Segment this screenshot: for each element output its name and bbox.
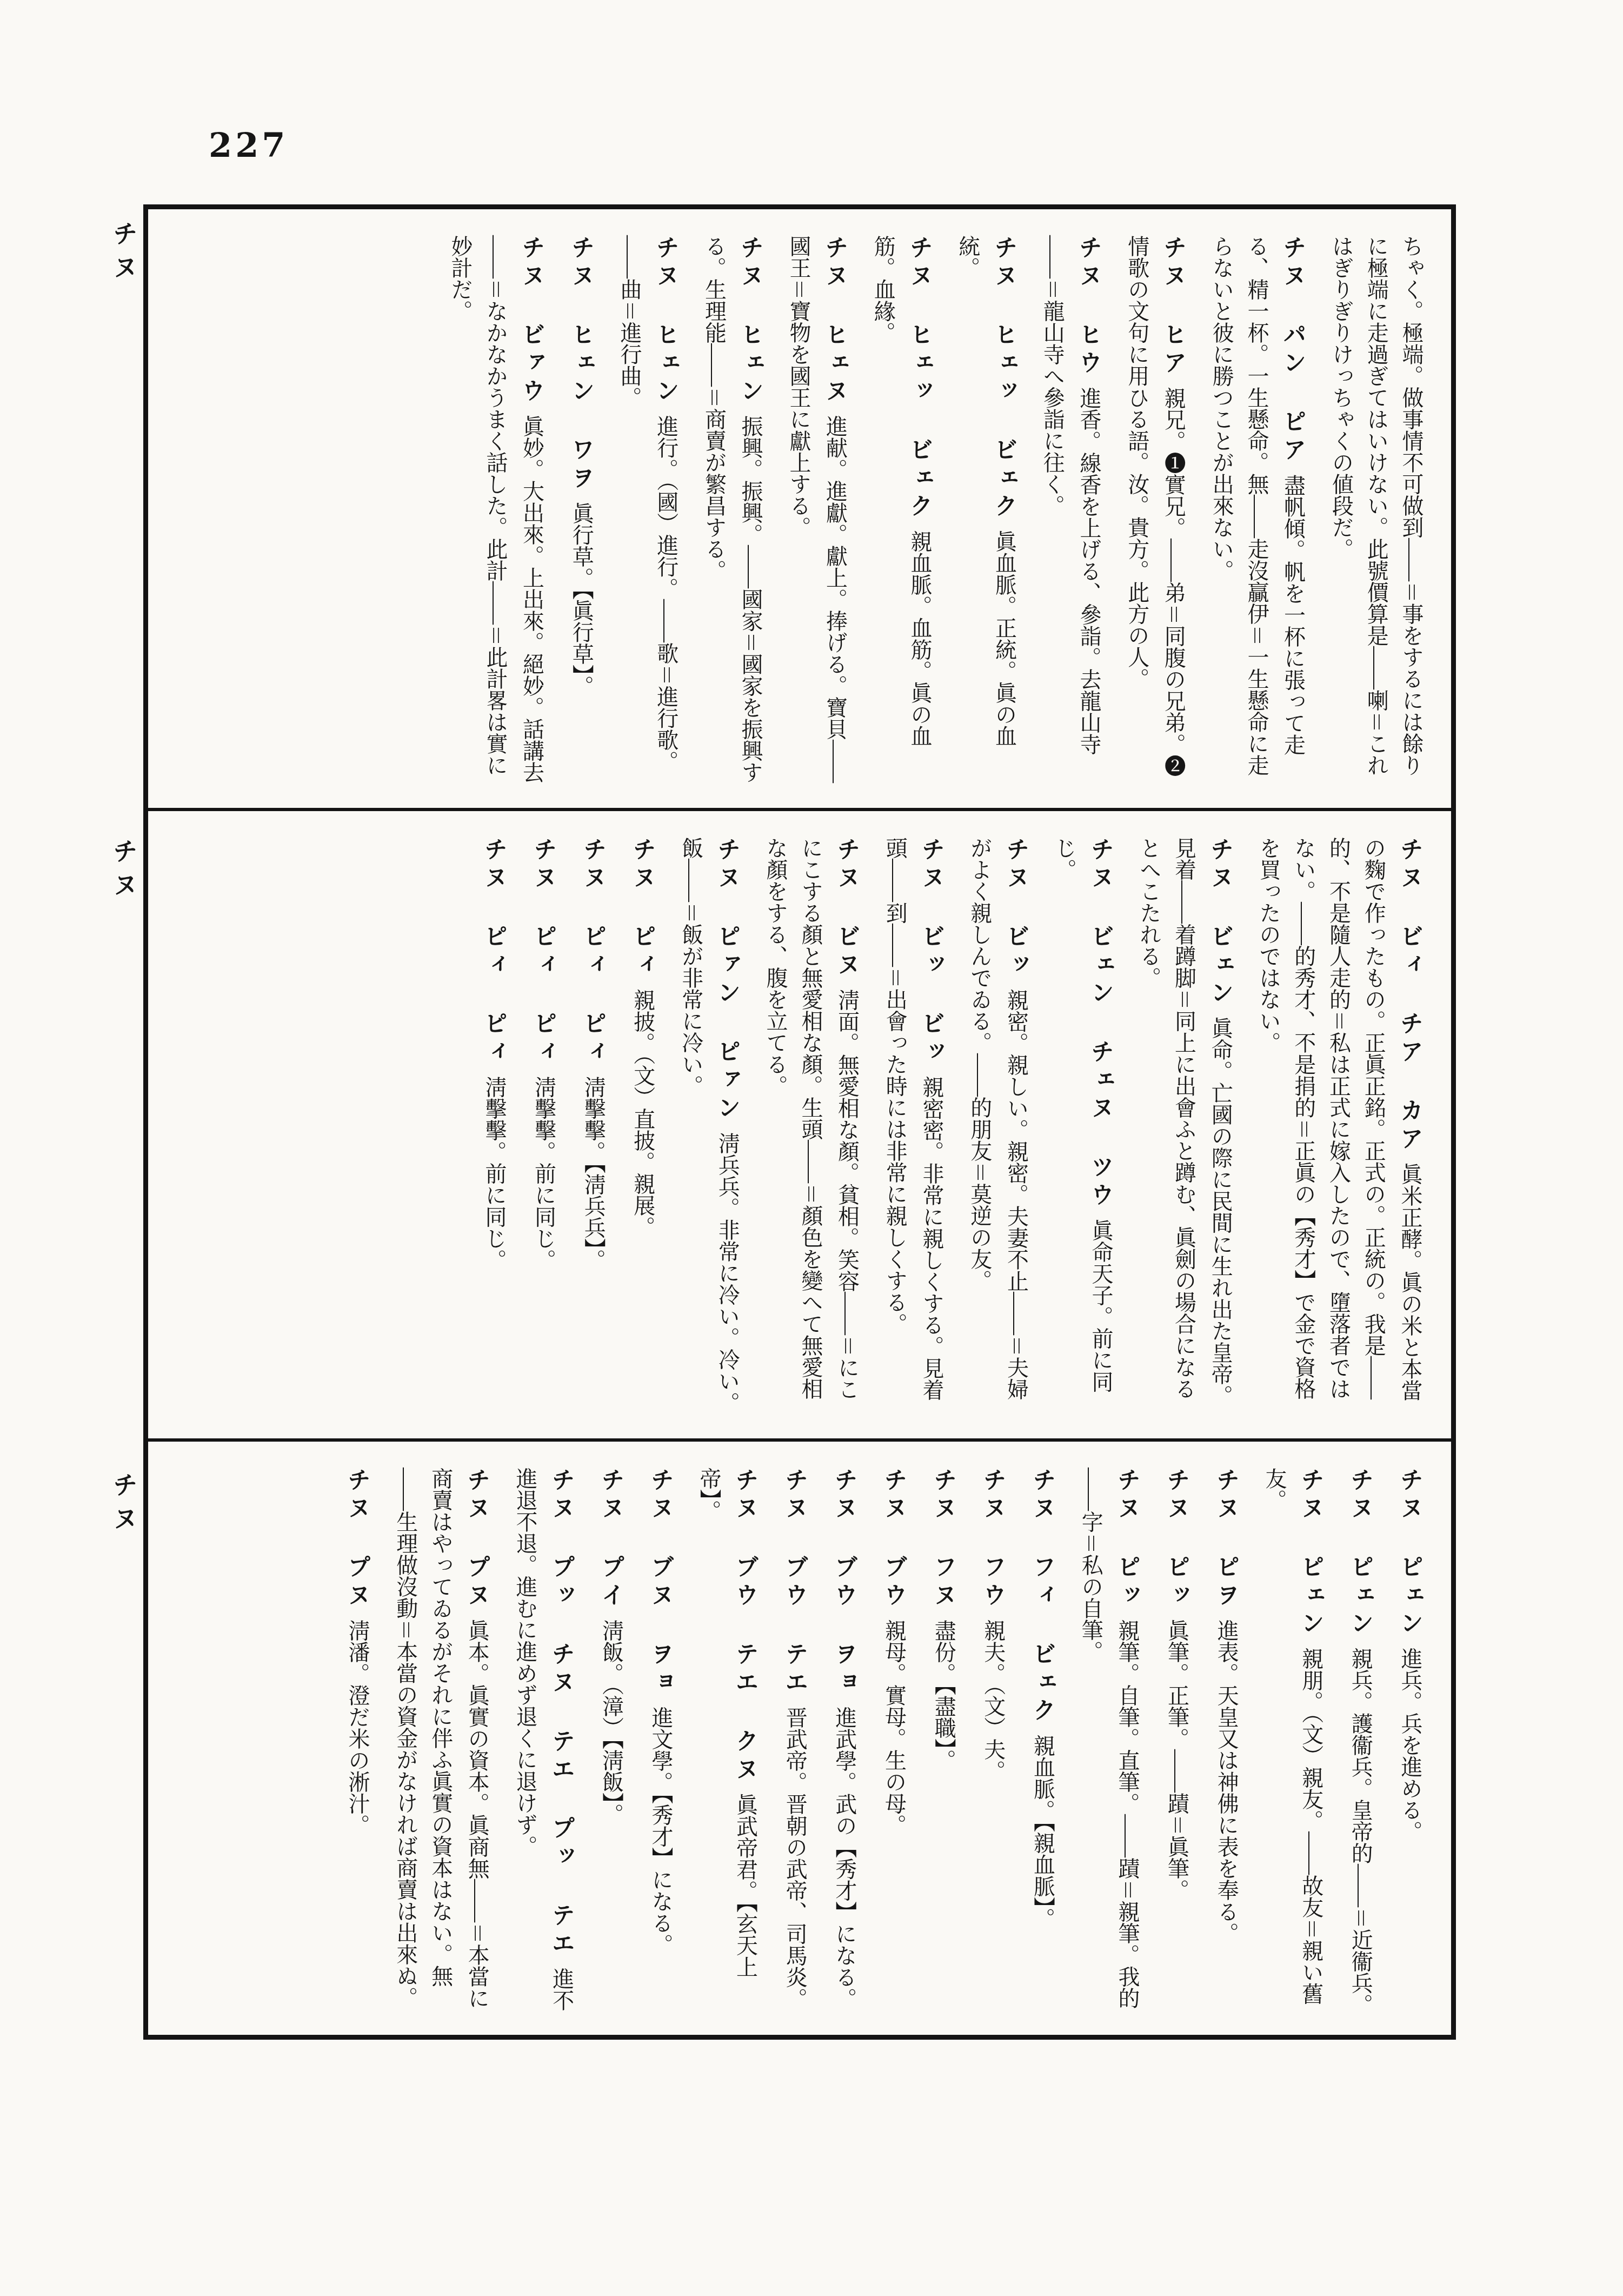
- entry-headword: チヌ ビッ ビッ: [919, 837, 944, 1067]
- entry-body: 親母。實母。生の母。: [882, 1620, 907, 1836]
- dictionary-entry: チヌ プヌ淸潘。澄だ米の淅汁。: [338, 1468, 376, 2015]
- entry-headword: チヌ プヌ: [464, 1468, 490, 1611]
- entry-headword: チヌ ブヌ ヲョ: [648, 1468, 674, 1698]
- dictionary-section-bottom: チヌ ピェン進兵。兵を進める。チヌ ピェン親兵。護衞兵。皇帝的——＝近衞兵。チヌ…: [148, 1442, 1451, 2035]
- entry-headword: チヌ ブウ テエ: [782, 1468, 808, 1698]
- dictionary-entry: チヌ ビァウ眞妙。大出來。上出來。絕妙。話講去——＝なかなかうまく話した。此計—…: [442, 235, 550, 788]
- dictionary-entry: チヌ ブウ親母。實母。生の母。: [875, 1468, 913, 2015]
- dictionary-entry: チヌ ピィ ピィ淸擊擊。前に同じ。: [524, 837, 562, 1419]
- dictionary-entry: チヌ ヒェッ ビェク眞血脈。正統。眞の血統。: [950, 235, 1022, 788]
- entry-headword: チヌ ヒウ: [1076, 235, 1102, 379]
- dictionary-entry: ちゃく。極端。做事情不可做到——＝事をするには餘りに極端に走過ぎてはいけない。此…: [1323, 235, 1428, 788]
- entry-headword: チヌ ビッ: [1003, 837, 1029, 980]
- dictionary-entry: チヌ ビェン チェヌ ツウ眞命天子。前に同じ。: [1046, 837, 1119, 1419]
- dictionary-section-middle: チヌ ビィ チア カア眞米正酵。眞の米と本當の麴で作ったもの。正眞正銘。正式の。…: [148, 811, 1451, 1438]
- dictionary-entry: チヌ ピィ ピィ淸擊擊。前に同じ。: [475, 837, 513, 1419]
- dictionary-entry: チヌ ブウ テエ晋武帝。晋朝の武帝、司馬炎。: [776, 1468, 814, 2015]
- entry-body: 親夫。（文）夫。: [981, 1620, 1006, 1782]
- entry-body: 眞筆。正筆。——蹟＝眞筆。: [1165, 1620, 1189, 1901]
- dictionary-entry: チヌ ヒア親兄。❶實兄。——弟＝同腹の兄弟。❷情歌の文句に用ひる語。汝。貴方。此…: [1119, 235, 1192, 788]
- entry-headword: チヌ ブウ テエ クヌ: [733, 1468, 759, 1785]
- dictionary-entry: チヌ プッ チヌ テエ プッ テエ進不進退不退。進むに進めず退くに退けず。: [507, 1468, 580, 2015]
- entry-body: 眞行草。【眞行草】。: [569, 502, 594, 697]
- entry-headword: チヌ ビヌ: [834, 837, 860, 980]
- entry-headword: チヌ ピィ: [630, 837, 656, 980]
- entry-headword: チヌ ヒェン: [653, 235, 679, 407]
- margin-label-chinu: チヌ: [106, 838, 142, 905]
- entry-headword: チヌ ビィ チア カア: [1397, 837, 1423, 1154]
- dictionary-entry: チヌ ヒェッ ビェク親血脈。血筋。眞の血筋。血緣。: [866, 235, 938, 788]
- dictionary-entry: チヌ パン ピア盡帆傾。帆を一杯に張って走る、精一杯。一生懸命。無——走沒贏伊＝…: [1203, 235, 1311, 788]
- entry-body: 晋武帝。晋朝の武帝、司馬炎。: [783, 1707, 807, 2009]
- entry-headword: チヌ プイ: [598, 1468, 624, 1611]
- entry-headword: チヌ ピェン: [1347, 1468, 1373, 1639]
- entry-body: 進表。天皇又は神佛に表を奉る。: [1214, 1620, 1239, 1944]
- entry-headword: チヌ ヒェン ワヲ: [568, 235, 594, 494]
- entry-headword: チヌ ヒェッ ビェク: [991, 235, 1017, 522]
- entry-headword: チヌ フィ ビェク: [1029, 1468, 1055, 1726]
- entry-body: 親披。（文）直披。親展。: [631, 989, 655, 1238]
- dictionary-entry: チヌ ビェン眞命。亡國の際に民間に生れ出た皇帝。見着——着蹲脚＝同上に出會ふと蹲…: [1131, 837, 1239, 1419]
- dictionary-entry: チヌ フヌ盡份。【盡職】。: [924, 1468, 962, 2015]
- dictionary-entry: チヌ ピェン進兵。兵を進める。: [1391, 1468, 1428, 2015]
- dictionary-entry: チヌ フウ親夫。（文）夫。: [974, 1468, 1012, 2015]
- dictionary-entry: チヌ ヒェン振興。振興。——國家＝國家を振興する。生理能——＝商賣が繁昌する。: [696, 235, 769, 788]
- entry-headword: チヌ プッ チヌ テエ プッ テエ: [549, 1468, 575, 1959]
- entry-headword: チヌ ビェン チェヌ ツウ: [1088, 837, 1114, 1211]
- dictionary-entry: チヌ ピッ親筆。自筆。直筆。——蹟＝親筆。我的——字＝私の自筆。: [1073, 1468, 1145, 2015]
- entry-headword: チヌ フウ: [980, 1468, 1006, 1611]
- entry-body: 盡份。【盡職】。: [932, 1620, 956, 1771]
- entry-body: 進文學。【秀才】になる。: [649, 1707, 673, 1955]
- dictionary-entry: チヌ ヒェン進行。（國）進行。——歌＝進行歌。——曲＝進行曲。: [611, 235, 684, 788]
- dictionary-entry: チヌ プイ淸飯。（漳）【淸飯】。: [592, 1468, 630, 2015]
- dictionary-entry: チヌ ビッ親密。親しい。親密。夫妻不止——＝夫婦がよく親しんでゐる。——的朋友＝…: [962, 837, 1034, 1419]
- dictionary-entry: チヌ ピェン親兵。護衞兵。皇帝的——＝近衞兵。: [1341, 1468, 1379, 2015]
- entry-headword: チヌ ビェン: [1207, 837, 1233, 1008]
- dictionary-entry: チヌ ブヌ ヲョ進文學。【秀才】になる。: [641, 1468, 679, 2015]
- entry-body: 進武學。武の【秀才】になる。: [833, 1707, 857, 2009]
- entry-headword: チヌ ピヲ: [1213, 1468, 1239, 1611]
- dictionary-entry: チヌ ピヲ進表。天皇又は神佛に表を奉る。: [1207, 1468, 1245, 2015]
- entry-headword: チヌ ブウ ヲョ: [832, 1468, 857, 1698]
- entry-headword: チヌ ヒェン: [737, 235, 763, 407]
- entry-body: 淸擊擊。前に同じ。: [532, 1076, 556, 1271]
- entry-headword: チヌ ピェン: [1298, 1468, 1324, 1639]
- entry-headword: チヌ ピィ ピィ: [481, 837, 507, 1067]
- entry-headword: チヌ ピッ: [1114, 1468, 1140, 1611]
- entry-body: 親血脈。【親血脈】。: [1030, 1735, 1055, 1929]
- dictionary-entry: チヌ ブウ ヲョ進武學。武の【秀才】になる。: [825, 1468, 863, 2015]
- scanned-dictionary-page: 227 チヌ チヌ チヌ ちゃく。極端。做事情不可做到——＝事をするには餘りに極…: [0, 0, 1623, 2296]
- dictionary-section-top: ちゃく。極端。做事情不可做到——＝事をするには餘りに極端に走過ぎてはいけない。此…: [148, 209, 1451, 808]
- dictionary-entry: チヌ ピィ ピィ淸擊擊。【淸兵兵】。: [574, 837, 612, 1419]
- content-frame: ちゃく。極端。做事情不可做到——＝事をするには餘りに極端に走過ぎてはいけない。此…: [143, 204, 1456, 2040]
- dictionary-entry: チヌ ピェン親朋。（文）親友。——故友＝親い舊友。: [1256, 1468, 1329, 2015]
- dictionary-entry: チヌ ピィ親披。（文）直披。親展。: [623, 837, 661, 1419]
- entry-headword: チヌ ビァウ: [519, 235, 545, 407]
- entry-headword: チヌ プヌ: [344, 1468, 370, 1611]
- entry-headword: チヌ ヒア: [1160, 235, 1186, 379]
- dictionary-entry: チヌ ピァン ピァン淸兵兵。非常に冷い。冷い。飯——＝飯が非常に冷い。: [673, 837, 746, 1419]
- dictionary-entry: チヌ ビヌ淸面。無愛相な顏。貧相。笑容——＝にこにこする顏と無愛相な顏。生頭——…: [757, 837, 865, 1419]
- entry-body: 進兵。兵を進める。: [1398, 1648, 1422, 1842]
- entry-body: 淸擊擊。前に同じ。: [482, 1076, 507, 1271]
- margin-label-chinu: チヌ: [106, 221, 142, 288]
- dictionary-entry: チヌ ヒェン ワヲ眞行草。【眞行草】。: [562, 235, 600, 788]
- entry-headword: チヌ フヌ: [930, 1468, 956, 1611]
- entry-body: 親兵。護衞兵。皇帝的——＝近衞兵。: [1348, 1648, 1373, 2015]
- entry-headword: チヌ ピェン: [1397, 1468, 1423, 1639]
- entry-headword: チヌ ピィ ピィ: [580, 837, 606, 1067]
- entry-headword: チヌ ブウ: [881, 1468, 907, 1611]
- entry-body: ちゃく。極端。做事情不可做到——＝事をするには餘りに極端に走過ぎてはいけない。此…: [1329, 235, 1424, 776]
- dictionary-entry: チヌ プヌ眞本。眞實の資本。眞商無——＝本當に商賣はやってゐるがそれに伴ふ眞實の…: [388, 1468, 495, 2015]
- dictionary-entry: チヌ ビィ チア カア眞米正酵。眞の米と本當の麴で作ったもの。正眞正銘。正式の。…: [1250, 837, 1428, 1419]
- dictionary-entry: チヌ ピッ眞筆。正筆。——蹟＝眞筆。: [1158, 1468, 1195, 2015]
- margin-label-chinu: チヌ: [106, 1472, 142, 1539]
- dictionary-entry: チヌ ヒェヌ進献。進獻。獻上。捧げる。寶貝——國王＝寶物を國王に獻上する。: [781, 235, 853, 788]
- dictionary-entry: チヌ ヒウ進香。線香を上げる、參詣。去龍山寺——＝龍山寺へ參詣に往く。: [1034, 235, 1107, 788]
- entry-headword: チヌ ピィ ピィ: [531, 837, 557, 1067]
- entry-headword: チヌ パン ピア: [1280, 235, 1306, 466]
- entry-headword: チヌ ヒェヌ: [822, 235, 848, 407]
- dictionary-entry: チヌ フィ ビェク親血脈。【親血脈】。: [1023, 1468, 1061, 2015]
- entry-body: 淸飯。（漳）【淸飯】。: [599, 1620, 623, 1825]
- entry-headword: チヌ ヒェッ ビェク: [907, 235, 933, 522]
- entry-headword: チヌ ピァン ピァン: [714, 837, 740, 1124]
- page-number: 227: [209, 125, 288, 165]
- entry-body: 淸潘。澄だ米の淅汁。: [345, 1620, 370, 1836]
- dictionary-entry: チヌ ブウ テエ クヌ眞武帝君。【玄天上帝】。: [691, 1468, 763, 2015]
- entry-headword: チヌ ピッ: [1164, 1468, 1190, 1611]
- entry-body: 淸擊擊。【淸兵兵】。: [581, 1076, 606, 1271]
- dictionary-entry: チヌ ビッ ビッ親密密。非常に親しくする。見着頭——到——＝出會った時には非常に…: [877, 837, 950, 1419]
